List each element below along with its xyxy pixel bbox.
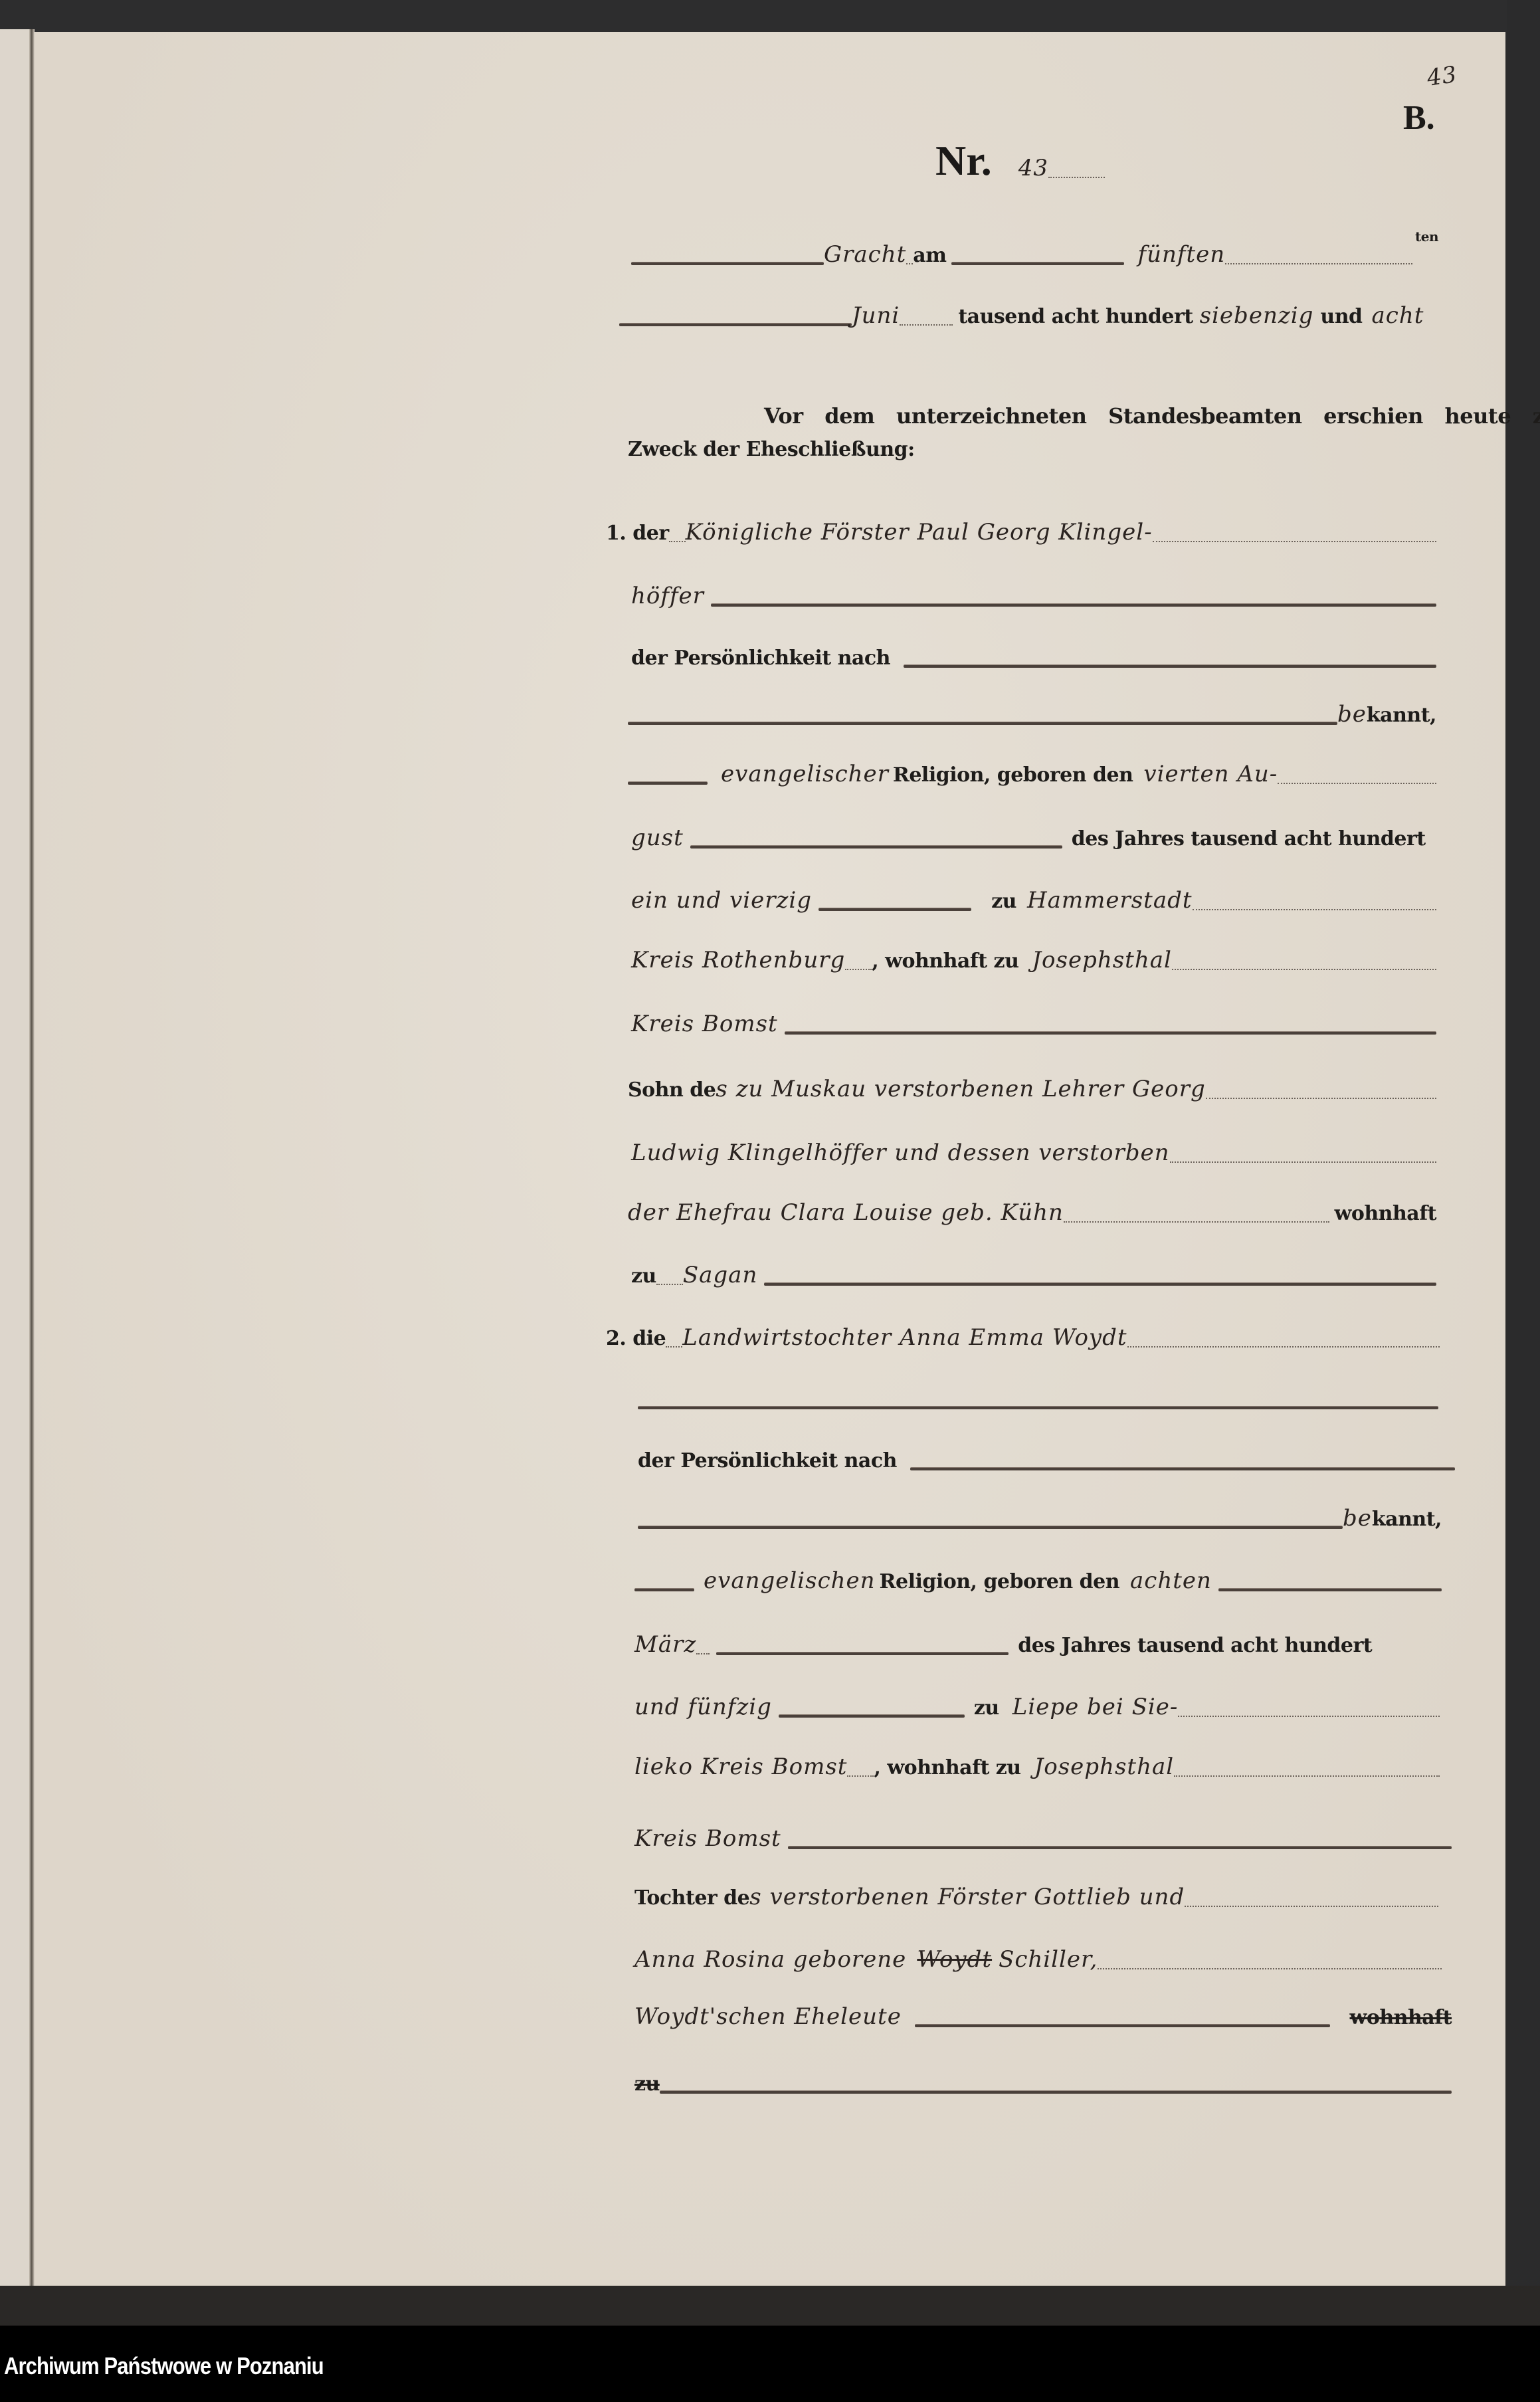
identity-label: der Persönlichkeit nach xyxy=(638,1451,897,1474)
bride-residence-row: lieko Kreis Bomst , wohnhaft zu Josephst… xyxy=(634,1741,1440,1781)
groom-residence-row: Kreis Rothenburg , wohnhaft zu Josephsth… xyxy=(631,934,1436,974)
year-label: des Jahres tausend acht hundert xyxy=(1018,1636,1372,1658)
groom-birth-year: ein und vierzig xyxy=(631,889,812,914)
groom-parents-3: der Ehefrau Clara Louise geb. Kühn xyxy=(628,1201,1064,1227)
parents-residence-label: wohnhaft xyxy=(1335,1204,1436,1227)
intro-line-2: Zweck der Eheschließung: xyxy=(628,423,1159,462)
bride-parents-1: s verstorbenen Förster Gottlieb und xyxy=(749,1886,1185,1911)
am-label: am xyxy=(913,246,946,268)
known-label: kannt, xyxy=(1367,706,1436,728)
bride-parents-residence-row: zu xyxy=(634,2057,1452,2097)
und-label: und xyxy=(1320,307,1362,330)
parents-zu-label: zu xyxy=(631,1266,656,1289)
record-number-row: Nr. 43 xyxy=(935,142,1105,182)
blank-rule xyxy=(631,262,824,265)
bride-identity-row: der Persönlichkeit nach xyxy=(638,1434,1455,1474)
bride-parents-2-struck: Woydt xyxy=(917,1948,992,1973)
date-line-1: Gracht am fünften ten xyxy=(631,229,1438,268)
bride-parents-3: Woydt'schen Eheleute xyxy=(634,2005,902,2031)
bride-line-2 xyxy=(638,1373,1438,1413)
religion-label: Religion, geboren den xyxy=(880,1572,1119,1595)
bride-prefix: 2. die xyxy=(606,1329,666,1351)
scan-right-border xyxy=(1507,0,1540,2326)
groom-birth-month: gust xyxy=(631,827,684,852)
groom-parents-row-3: der Ehefrau Clara Louise geb. Kühn wohnh… xyxy=(628,1187,1436,1227)
groom-name-1: Königliche Förster Paul Georg Klingel- xyxy=(686,521,1153,546)
groom-parents-residence-row: zu Sagan xyxy=(631,1249,1436,1289)
blank-rule xyxy=(951,262,1124,265)
groom-residence: Josephsthal xyxy=(1032,949,1171,974)
record-number-value: 43 xyxy=(1018,157,1048,182)
zu-label: zu xyxy=(974,1698,999,1721)
bride-known-row: be kannt, xyxy=(638,1492,1442,1532)
bride-birth-place-2: lieko Kreis Bomst xyxy=(634,1755,847,1781)
groom-parents-2: Ludwig Klingelhöffer und dessen verstorb… xyxy=(631,1142,1170,1167)
bride-parents-row-2: Anna Rosina geborene Woydt Schiller, xyxy=(634,1934,1442,1973)
groom-line-2: höffer xyxy=(631,570,1436,610)
bride-birth-year: und fünfzig xyxy=(634,1696,772,1721)
bride-parents-2a: Anna Rosina geborene xyxy=(634,1948,906,1973)
groom-parents-residence: Sagan xyxy=(683,1264,758,1289)
groom-birthplace-row: ein und vierzig zu Hammerstadt xyxy=(631,874,1436,914)
date-line-2: Juni tausend acht hundert siebenzig und … xyxy=(619,290,1450,330)
groom-birth-district: Kreis Rothenburg xyxy=(631,949,845,974)
bride-line-1: 2. die Landwirtstochter Anna Emma Woydt xyxy=(606,1312,1440,1351)
groom-known-row: be kannt, xyxy=(628,688,1436,728)
month-value: Juni xyxy=(852,304,900,330)
groom-birth-day: vierten Au- xyxy=(1143,763,1278,788)
parents-zu-label-struck: zu xyxy=(634,2074,660,2097)
intro-text-2: Zweck der Eheschließung: xyxy=(628,440,915,462)
bride-year-row: März des Jahres tausend acht hundert xyxy=(634,1619,1438,1658)
archive-footer: Archiwum Państwowe w Poznaniu xyxy=(0,2326,1540,2402)
bride-name-1: Landwirtstochter Anna Emma Woydt xyxy=(682,1326,1127,1351)
folio-number: 43 xyxy=(1425,61,1458,92)
record-number-label: Nr. xyxy=(935,140,992,182)
identity-label: der Persönlichkeit nach xyxy=(631,649,890,671)
form-letter: B. xyxy=(1403,98,1435,138)
groom-identity-row: der Persönlichkeit nach xyxy=(631,631,1436,671)
known-suffix: be xyxy=(1337,703,1367,728)
groom-parents-row-2: Ludwig Klingelhöffer und dessen verstorb… xyxy=(631,1127,1436,1167)
year-text: tausend acht hundert xyxy=(958,307,1193,330)
adjacent-page-edge xyxy=(0,29,32,2288)
blank-rule xyxy=(619,324,852,326)
bride-residence: Josephsthal xyxy=(1034,1755,1174,1781)
scan-bottom-border xyxy=(0,2286,1540,2327)
groom-line-1: 1. der Königliche Förster Paul Georg Kli… xyxy=(606,506,1436,546)
groom-birth-place: Hammerstadt xyxy=(1027,889,1193,914)
dotted-line xyxy=(1048,177,1105,178)
decade-value: siebenzig xyxy=(1200,304,1314,330)
parents-label: Sohn de xyxy=(628,1080,716,1103)
year-label: des Jahres tausend acht hundert xyxy=(1072,829,1426,852)
groom-prefix: 1. der xyxy=(606,524,669,546)
groom-religion: evangelischer xyxy=(721,763,889,788)
archive-name: Archiwum Państwowe w Poznaniu xyxy=(4,2352,324,2380)
bride-residence-district: Kreis Bomst xyxy=(634,1827,781,1852)
groom-name-2: höffer xyxy=(631,585,704,610)
groom-residence-district-row: Kreis Bomst xyxy=(631,998,1436,1038)
bride-parents-row-3: Woydt'schen Eheleute wohnhaft xyxy=(634,1991,1452,2031)
known-label: kannt, xyxy=(1372,1510,1442,1532)
groom-parents-row-1: Sohn de s zu Muskau verstorbenen Lehrer … xyxy=(628,1063,1436,1103)
residence-label: , wohnhaft zu xyxy=(874,1758,1020,1781)
bride-residence-district-row: Kreis Bomst xyxy=(634,1813,1452,1852)
zu-label: zu xyxy=(991,892,1016,914)
bride-religion-row: evangelischen Religion, geboren den acht… xyxy=(634,1555,1442,1595)
groom-parents-1: s zu Muskau verstorbenen Lehrer Georg xyxy=(716,1078,1205,1103)
place-value: Gracht xyxy=(824,243,906,268)
religion-label: Religion, geboren den xyxy=(893,765,1133,788)
bride-parents-2b: Schiller, xyxy=(999,1948,1098,1973)
groom-religion-row: evangelischer Religion, geboren den vier… xyxy=(628,748,1436,788)
known-suffix: be xyxy=(1343,1507,1372,1532)
bride-birth-day: achten xyxy=(1130,1569,1212,1595)
parents-label: Tochter de xyxy=(634,1888,749,1911)
bride-parents-row-1: Tochter de s verstorbenen Förster Gottli… xyxy=(634,1871,1438,1911)
bride-birthplace-row: und fünfzig zu Liepe bei Sie- xyxy=(634,1681,1440,1721)
groom-residence-district: Kreis Bomst xyxy=(631,1013,778,1038)
day-value: fünften xyxy=(1137,243,1225,268)
day-suffix: ten xyxy=(1415,230,1438,246)
bride-birth-place: Liepe bei Sie- xyxy=(1012,1696,1179,1721)
unit-value: acht xyxy=(1372,304,1424,330)
bride-birth-month: März xyxy=(634,1633,696,1658)
parents-residence-label-struck: wohnhaft xyxy=(1350,2008,1452,2031)
residence-label: , wohnhaft zu xyxy=(872,951,1018,974)
bride-religion: evangelischen xyxy=(704,1569,876,1595)
groom-year-row: gust des Jahres tausend acht hundert xyxy=(631,812,1436,852)
book-gutter xyxy=(29,29,35,2288)
